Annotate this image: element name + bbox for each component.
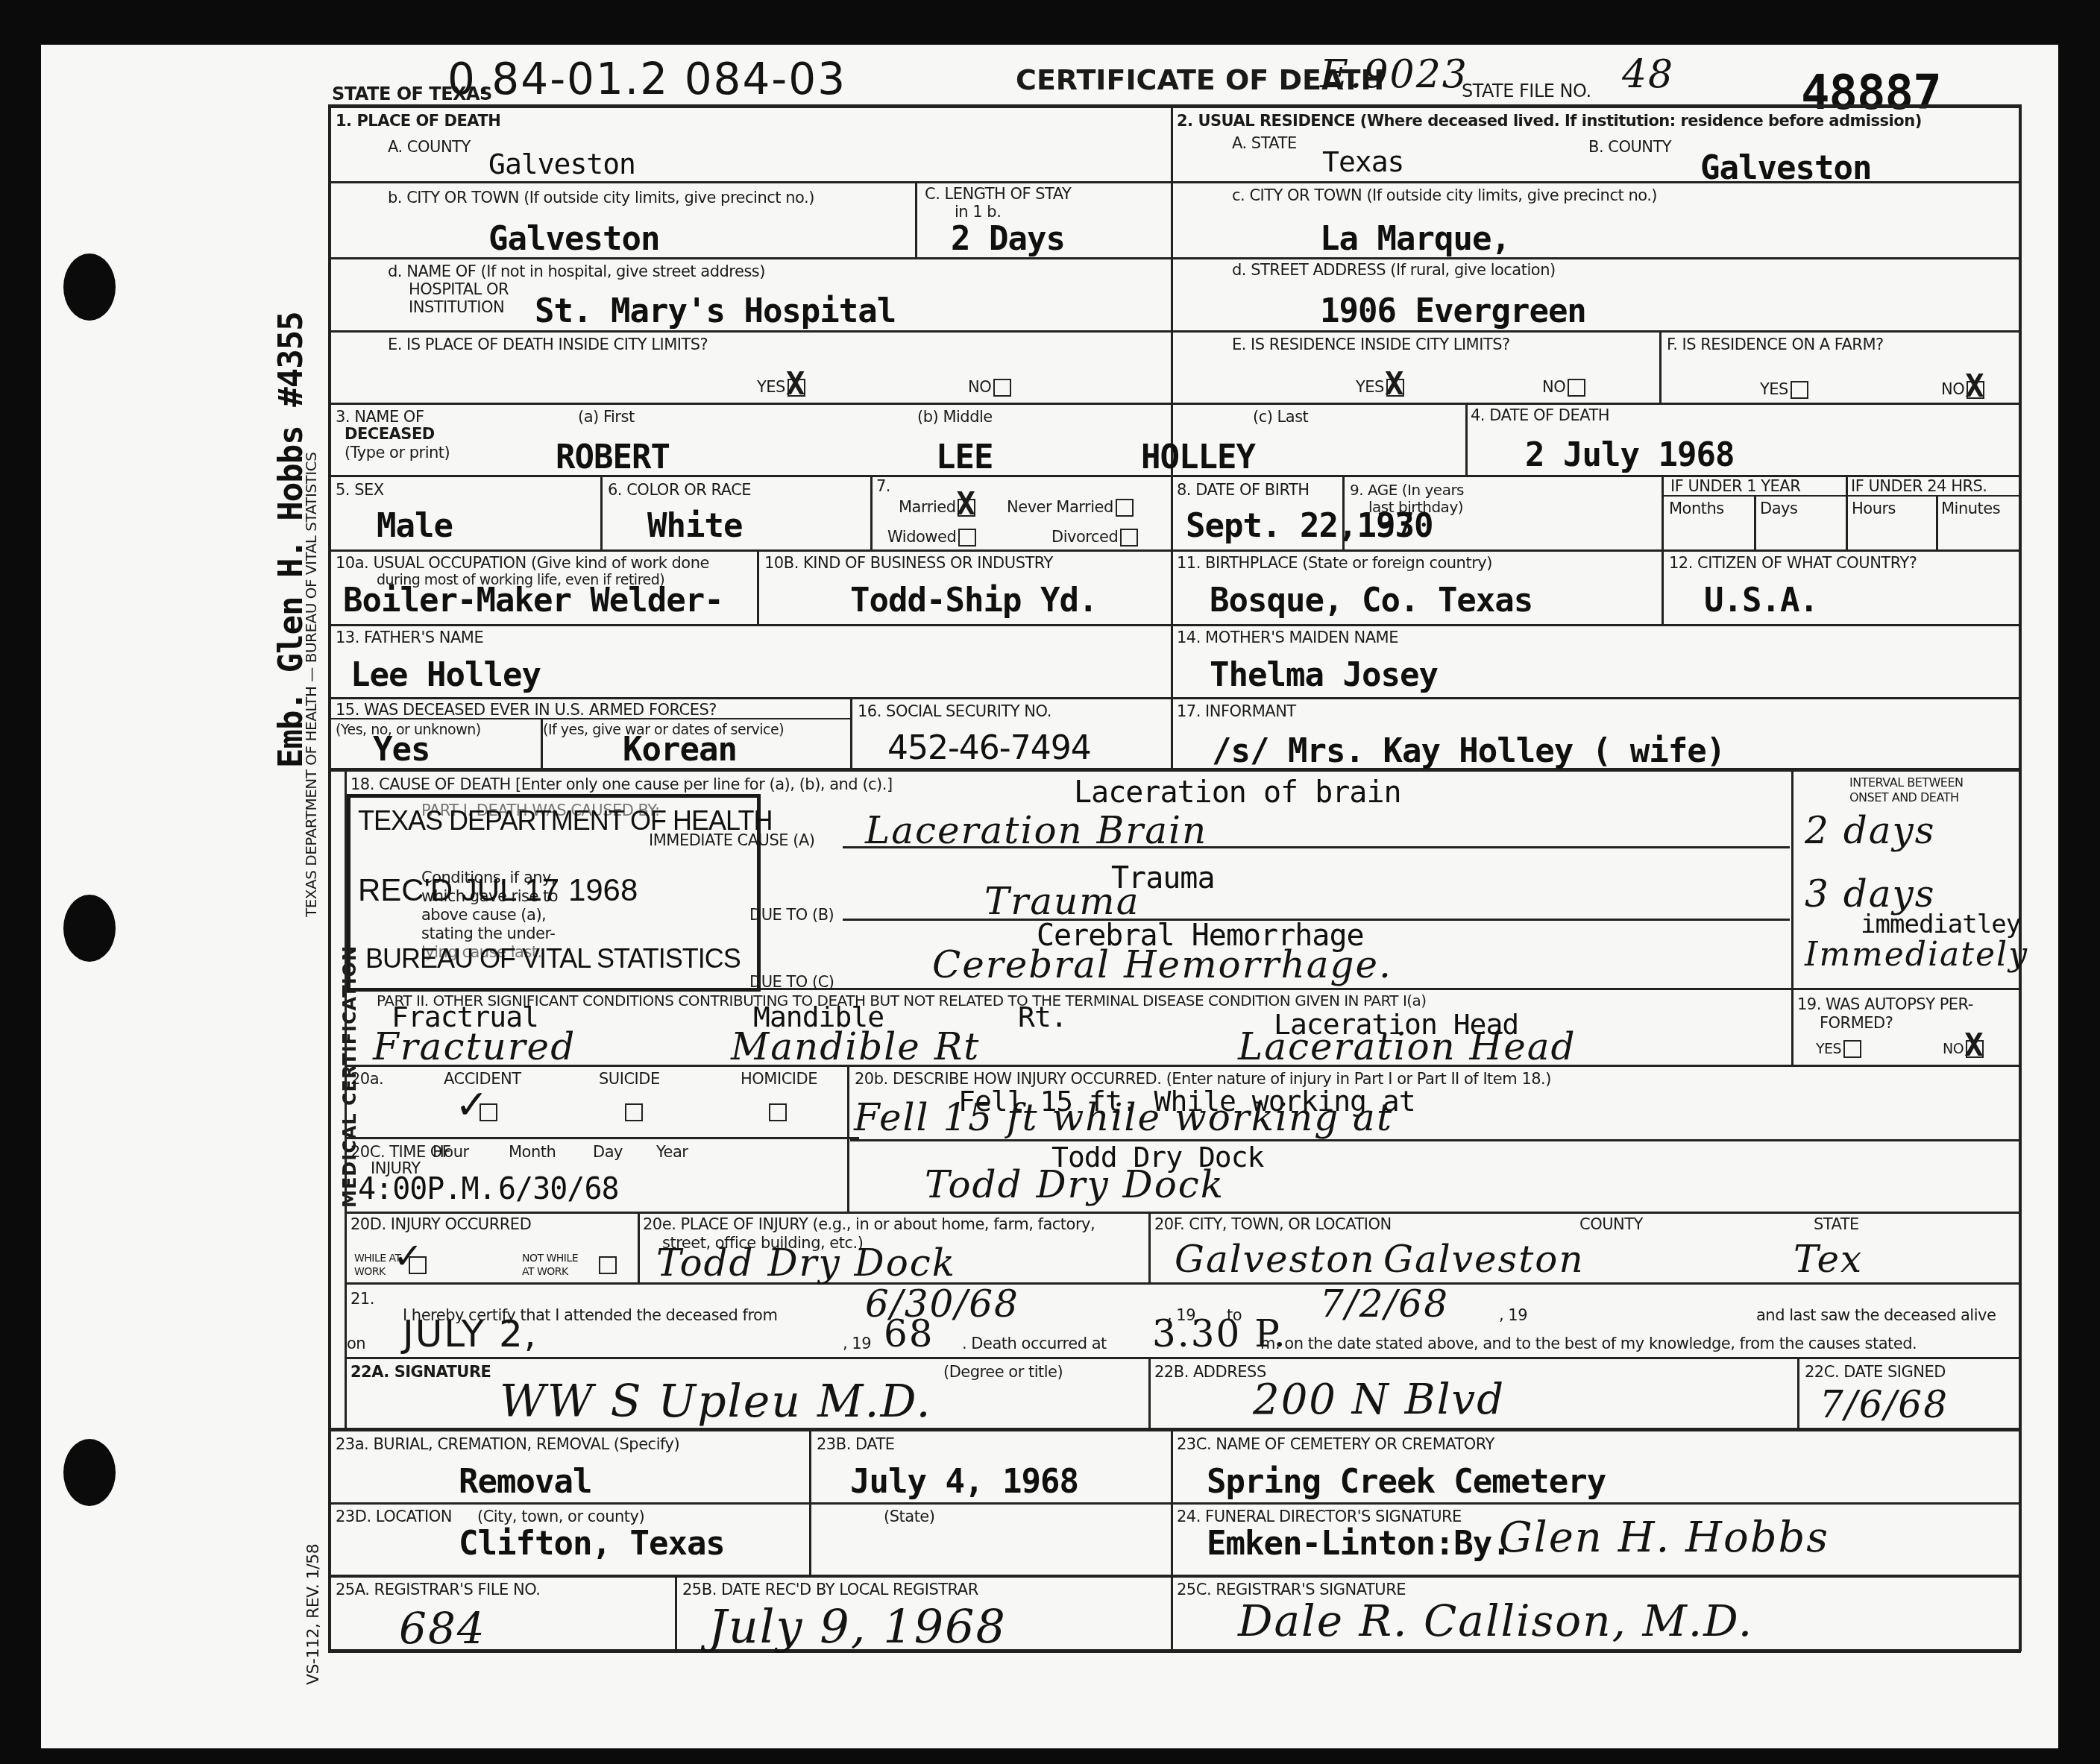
race-label: 6. COLOR OR RACE <box>608 481 751 499</box>
rule <box>850 697 852 772</box>
suicide-checkbox[interactable] <box>623 1103 643 1121</box>
degree-label: (Degree or title) <box>943 1363 1063 1381</box>
autopsy-no[interactable]: NOX <box>1943 1040 1984 1058</box>
hours-label: Hours <box>1852 500 1896 517</box>
while-work-label-2: WORK <box>354 1266 386 1278</box>
frame-top <box>328 104 2021 108</box>
interval-label-2: ONSET AND DEATH <box>1849 790 1958 804</box>
injury-location-label: 20f. CITY, TOWN, OR LOCATION <box>1154 1215 1392 1233</box>
location-state-label: (State) <box>884 1508 934 1525</box>
autopsy-label: 19. WAS AUTOPSY PER- <box>1797 995 1973 1013</box>
farm-no[interactable]: NOX <box>1941 380 1984 399</box>
disposition-location: Clifton, Texas <box>459 1525 725 1563</box>
rule <box>328 768 2021 772</box>
cause-c-handwritten: Cerebral Hemorrhage. <box>932 943 1392 986</box>
res-state-label: a. STATE <box>1232 134 1297 152</box>
rule <box>1171 1575 1173 1651</box>
interval-label: INTERVAL BETWEEN <box>1849 775 1964 790</box>
last-seen-date: JULY 2, <box>403 1312 538 1355</box>
handwritten-codes: 0.84-01.2 084-03 <box>447 54 846 104</box>
rule <box>328 403 2021 405</box>
location-label: 23d. LOCATION <box>336 1508 452 1525</box>
injury-type-label: 20a. <box>350 1070 383 1088</box>
date-of-death-label: 4. DATE OF DEATH <box>1471 406 1609 424</box>
location-sub-label: (City, town, or county) <box>477 1508 644 1525</box>
disposition-date-label: 23b. DATE <box>817 1435 895 1453</box>
ssn: 452-46-7494 <box>887 729 1091 767</box>
rule <box>638 1212 640 1282</box>
place-of-death-label: 1. PLACE OF DEATH <box>336 112 500 130</box>
rule <box>809 1428 811 1577</box>
name-label-2: DECEASED <box>345 425 435 443</box>
place-of-injury: Todd Dry Dock <box>656 1241 956 1285</box>
part2-handwritten-1: Fractured <box>373 1025 576 1068</box>
cemetery: Spring Creek Cemetery <box>1207 1463 1606 1501</box>
last-seen-year: 68 <box>884 1312 934 1355</box>
registrar-file: 684 <box>399 1603 486 1654</box>
stamp-line-1: TEXAS DEPARTMENT OF HEALTH <box>358 805 772 837</box>
rule <box>328 330 2021 333</box>
rule <box>1171 1428 1173 1577</box>
rule <box>328 1502 2021 1505</box>
war-served: Korean <box>623 731 737 769</box>
date-signed: 7/6/68 <box>1820 1383 1949 1426</box>
under-24-label: IF UNDER 24 HRS. <box>1851 477 1987 495</box>
months-label: Months <box>1669 500 1724 517</box>
rule <box>915 181 917 257</box>
physician-address: 200 N Blvd <box>1253 1376 1505 1424</box>
rule <box>1797 1357 1799 1428</box>
time-of-injury: 4:00P.M. <box>358 1172 496 1206</box>
registrar-file-label: 25a. REGISTRAR'S FILE NO. <box>336 1581 541 1598</box>
inside-limits-no[interactable]: NO <box>968 378 1011 397</box>
birthplace: Bosque, Co. Texas <box>1210 582 1532 620</box>
received-stamp: TEXAS DEPARTMENT OF HEALTH REC'D JUL 17 … <box>347 794 761 992</box>
injury-occurred-label: 20d. INJURY OCCURRED <box>350 1215 531 1233</box>
injury-county: Galveston <box>1383 1238 1585 1281</box>
res-city-label: c. CITY OR TOWN (If outside city limits,… <box>1232 186 1657 204</box>
widowed-checkbox[interactable]: Widowed <box>887 528 976 546</box>
due-to-c-label: DUE TO (c) <box>749 973 834 991</box>
sex: Male <box>377 507 453 545</box>
interval-c-typed: immediatley <box>1861 910 2020 939</box>
name-label: 3. NAME OF <box>336 408 424 426</box>
cert-num: 21. <box>350 1290 374 1308</box>
due-to-b-label: DUE TO (b) <box>749 906 834 924</box>
last-saw-text: and last saw the deceased alive <box>1756 1306 1996 1324</box>
cemetery-label: 23c. NAME OF CEMETERY OR CREMATORY <box>1177 1435 1494 1453</box>
handwritten-file: 48 <box>1622 52 1674 97</box>
date-of-death: 2 July 1968 <box>1525 436 1734 474</box>
rule <box>1148 1357 1151 1428</box>
never-married-checkbox[interactable]: Never Married <box>1007 498 1134 517</box>
rule <box>847 1065 849 1212</box>
length-of-stay: 2 Days <box>951 220 1065 258</box>
mother-label: 14. MOTHER'S MAIDEN NAME <box>1177 629 1398 646</box>
res-inside-label: e. IS RESIDENCE INSIDE CITY LIMITS? <box>1232 336 1510 353</box>
state-file-label: STATE FILE NO. <box>1462 81 1591 101</box>
suicide-label: SUICIDE <box>599 1070 660 1088</box>
funeral-home: Emken-Linton:By. <box>1207 1525 1511 1563</box>
registrar-date-label: 25b. DATE REC'D BY LOCAL REGISTRAR <box>682 1581 978 1598</box>
race: White <box>647 507 742 545</box>
res-street-label: d. STREET ADDRESS (If rural, give locati… <box>1232 261 1556 279</box>
rule <box>1662 475 1664 549</box>
father-label: 13. FATHER'S NAME <box>336 629 483 646</box>
stamp-line-3: BUREAU OF VITAL STATISTICS <box>365 943 741 974</box>
describe-handwritten-1: Fell 15 ft while working at <box>854 1096 1393 1139</box>
accident-checkbox[interactable]: ✓ <box>477 1103 497 1121</box>
ssn-label: 16. SOCIAL SECURITY NO. <box>858 702 1051 720</box>
rule <box>345 1137 859 1139</box>
not-while-work-label: NOT WHILE <box>522 1253 578 1264</box>
homicide-label: HOMICIDE <box>741 1070 817 1088</box>
citizen-label: 12. CITIZEN OF WHAT COUNTRY? <box>1669 554 1917 572</box>
age: 37 <box>1376 507 1414 545</box>
rule <box>328 718 850 719</box>
registrar-signature: Dale R. Callison, M.D. <box>1238 1596 1753 1646</box>
form-id: VS-112, REV. 1/58 <box>304 1544 323 1685</box>
place-of-injury-label: 20e. PLACE OF INJURY (e.g., in or about … <box>643 1215 1095 1233</box>
first-name: ROBERT <box>556 438 670 476</box>
last-name: HOLLEY <box>1141 438 1255 476</box>
res-inside-yes[interactable]: YESX <box>1356 378 1404 397</box>
name-label-3: (Type or print) <box>345 444 450 462</box>
date-of-injury: 6/30/68 <box>498 1172 619 1206</box>
rule <box>600 475 603 549</box>
death-city: Galveston <box>488 220 659 258</box>
cause-a-handwritten: Laceration Brain <box>865 809 1207 852</box>
not-while-work-checkbox[interactable] <box>597 1256 617 1274</box>
occupation: Boiler-Maker Welder- <box>343 582 723 620</box>
rule <box>328 549 2021 552</box>
rule <box>328 1575 2021 1578</box>
inside-limits-yes[interactable]: YESX <box>757 378 805 397</box>
rule <box>850 1139 2021 1141</box>
residence-city: La Marque, <box>1320 220 1510 258</box>
homicide-checkbox[interactable] <box>767 1103 787 1121</box>
attended-to: 7/2/68 <box>1320 1282 1449 1326</box>
minutes-label: Minutes <box>1941 500 2000 517</box>
rule <box>345 1212 2021 1214</box>
physician-signature: WW S Upleu M.D. <box>500 1376 932 1428</box>
disposition-date: July 4, 1968 <box>850 1463 1078 1501</box>
rule <box>345 1065 2021 1067</box>
nineteen-2: , 19 <box>1499 1306 1527 1324</box>
autopsy-label-2: FORMED? <box>1820 1014 1893 1032</box>
rule <box>870 475 873 549</box>
farm-label: f. IS RESIDENCE ON A FARM? <box>1667 336 1884 353</box>
interval-a: 2 days <box>1805 809 1935 852</box>
divorced-checkbox[interactable]: Divorced <box>1051 528 1138 546</box>
under-1-year-label: IF UNDER 1 YEAR <box>1670 477 1800 495</box>
cause-b-handwritten: Trauma <box>984 880 1139 923</box>
cause-a-typed: Laceration of brain <box>1074 775 1401 810</box>
rule <box>345 1282 2021 1285</box>
rule <box>345 1357 2021 1359</box>
rule <box>328 624 2021 626</box>
county-label: a. COUNTY <box>388 138 471 156</box>
hospital-label-2: HOSPITAL OR <box>409 280 509 298</box>
informant: /s/ Mrs. Kay Holley ( wife) <box>1212 732 1725 770</box>
rule <box>328 697 2021 699</box>
stamp-line-2: REC'D JUL 17 1968 <box>358 872 638 908</box>
signature-label: 22a. SIGNATURE <box>350 1363 491 1381</box>
occupation-label: 10a. USUAL OCCUPATION (Give kind of work… <box>336 554 709 572</box>
handwritten-ref: E.9023 <box>1320 52 1468 97</box>
rule <box>328 1428 2021 1431</box>
business: Todd-Ship Yd. <box>850 582 1097 620</box>
rule <box>1662 549 1664 624</box>
residence-county: Galveston <box>1700 149 1871 187</box>
frame-right <box>2019 104 2022 1651</box>
stay-label: c. LENGTH OF STAY <box>925 185 1071 203</box>
injury-state: Tex <box>1794 1238 1863 1281</box>
year-label: Year <box>656 1143 688 1161</box>
middle-name: LEE <box>936 438 993 476</box>
autopsy-yes[interactable]: YES <box>1816 1040 1861 1058</box>
citizen: U.S.A. <box>1704 582 1818 620</box>
hour-label: Hour <box>433 1143 469 1161</box>
punch-hole <box>63 253 116 321</box>
father-name: Lee Holley <box>350 656 541 694</box>
armed-forces-label: 15. WAS DECEASED EVER IN U.S. ARMED FORC… <box>336 701 717 719</box>
residence-state: Texas <box>1322 145 1403 178</box>
burial-label: 23a. BURIAL, CREMATION, REMOVAL (Specify… <box>336 1435 679 1453</box>
rule <box>675 1575 677 1651</box>
res-county-label: b. COUNTY <box>1588 138 1671 156</box>
burial: Removal <box>459 1463 591 1501</box>
scan-dark-edge <box>2058 45 2100 1760</box>
frame-left <box>328 104 331 1651</box>
day-label: Day <box>593 1143 623 1161</box>
rule <box>757 549 759 624</box>
cause-label: 18. CAUSE OF DEATH [Enter only one cause… <box>350 775 893 793</box>
registrar-date: July 9, 1968 <box>708 1599 1007 1654</box>
funeral-director-label: 24. FUNERAL DIRECTOR'S SIGNATURE <box>1177 1508 1462 1525</box>
statement-text: m. on the date stated above, and to the … <box>1260 1335 1917 1352</box>
dob-label: 8. DATE OF BIRTH <box>1177 481 1310 499</box>
death-occurred-text: . Death occurred at <box>962 1335 1107 1352</box>
rule <box>1754 496 1756 549</box>
rule <box>1171 697 1173 772</box>
middle-name-label: (b) Middle <box>917 408 993 426</box>
punch-hole <box>63 1439 116 1506</box>
month-label: Month <box>509 1143 556 1161</box>
death-county: Galveston <box>488 148 635 180</box>
business-label: 10b. KIND OF BUSINESS OR INDUSTRY <box>764 554 1053 572</box>
last-name-label: (c) Last <box>1253 408 1308 426</box>
hospital-label-3: INSTITUTION <box>409 298 504 316</box>
interval-c-handwritten: Immediately <box>1805 936 2028 974</box>
sex-label: 5. SEX <box>336 481 384 499</box>
punch-hole <box>63 895 116 962</box>
married-checkbox[interactable]: MarriedX <box>899 498 975 517</box>
mother-name: Thelma Josey <box>1210 656 1438 694</box>
nineteen-3: , 19 <box>843 1335 871 1352</box>
address-label: 22b. ADDRESS <box>1154 1363 1266 1381</box>
injury-city: Galveston <box>1175 1238 1376 1281</box>
armed-forces: Yes <box>373 731 430 769</box>
part2-handwritten-3: Laceration Head <box>1238 1025 1576 1068</box>
while-work-checkbox[interactable]: ✓ <box>406 1256 427 1274</box>
city-label: b. CITY OR TOWN (If outside city limits,… <box>388 189 814 207</box>
department-margin: TEXAS DEPARTMENT OF HEALTH — BUREAU OF V… <box>302 453 320 917</box>
rule <box>1659 330 1662 403</box>
stay-label-2: in 1 b. <box>955 203 1001 221</box>
funeral-director-signature: Glen H. Hobbs <box>1499 1513 1829 1562</box>
birthplace-label: 11. BIRTHPLACE (State or foreign country… <box>1177 554 1492 572</box>
hospital-name: St. Mary's Hospital <box>535 292 896 330</box>
farm-yes[interactable]: YES <box>1760 380 1808 399</box>
not-while-work-label-2: AT WORK <box>522 1266 568 1278</box>
res-inside-no[interactable]: NO <box>1542 378 1585 397</box>
date-signed-label: 22c. DATE SIGNED <box>1805 1363 1946 1381</box>
describe-handwritten-2: Todd Dry Dock <box>925 1163 1225 1206</box>
frame-bottom <box>328 1649 2021 1653</box>
marital-label: 7. <box>876 477 890 495</box>
age-label: 9. AGE (In years <box>1350 481 1464 499</box>
rule <box>1465 403 1468 475</box>
rule <box>1663 495 2019 497</box>
rule <box>1791 772 1794 1065</box>
informant-label: 17. INFORMANT <box>1177 702 1296 720</box>
rule <box>1936 496 1938 549</box>
on-label: on <box>347 1335 365 1352</box>
residence-street: 1906 Evergreen <box>1320 292 1586 330</box>
rule <box>1846 475 1848 549</box>
part2-handwritten-2: Mandible Rt <box>731 1025 980 1068</box>
inside-limits-label: e. IS PLACE OF DEATH INSIDE CITY LIMITS? <box>388 336 708 353</box>
rule <box>1148 1212 1151 1282</box>
injury-state-label: STATE <box>1814 1215 1859 1233</box>
part2-typed-3: Rt. <box>1018 1001 1067 1033</box>
hospital-label: d. NAME OF (If not in hospital, give str… <box>388 262 765 280</box>
residence-label: 2. USUAL RESIDENCE (Where deceased lived… <box>1177 112 1922 130</box>
days-label: Days <box>1760 500 1797 517</box>
injury-county-label: COUNTY <box>1579 1215 1643 1233</box>
first-name-label: (a) First <box>578 408 635 426</box>
